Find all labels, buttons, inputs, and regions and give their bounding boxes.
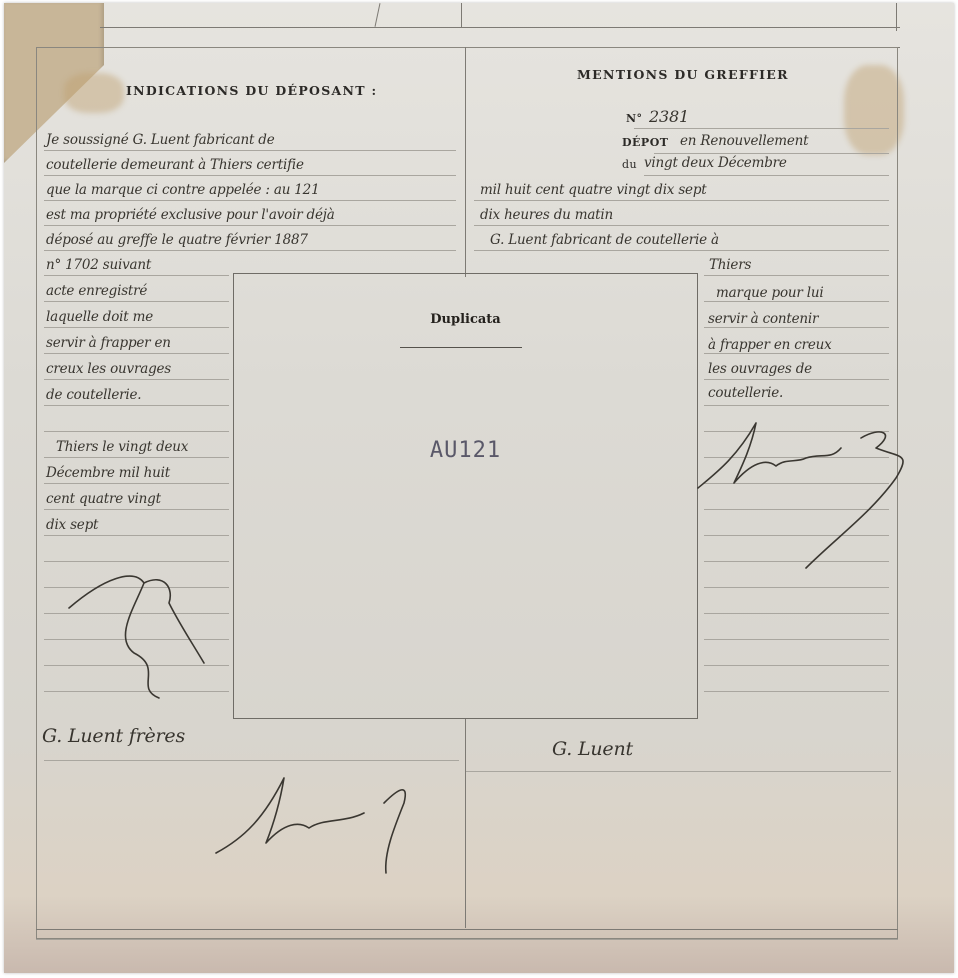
ruled-line [44,275,229,276]
ruled-line [44,150,456,151]
clerk-line: servir à contenir [708,311,818,327]
declaration-line: laquelle doit me [46,309,153,325]
pen-mark [375,3,381,27]
ruled-line [704,327,889,328]
clerk-line: dix heures du matin [480,207,613,223]
clerk-line: les ouvrages de [708,361,812,377]
date-value: vingt deux Décembre [644,155,787,171]
duplicata-underline [400,347,522,348]
declaration-line: Je soussigné G. Luent fabricant de [46,132,275,148]
ruled-line [466,771,891,772]
depot-value: en Renouvellement [680,133,808,149]
ruled-line [44,457,229,458]
clerk-line: Thiers [709,257,751,273]
ruled-line [704,353,889,354]
declaration-line: creux les ouvrages [46,361,171,377]
top-divider [461,3,462,27]
ruled-line [44,760,459,761]
duplicata-box: Duplicata AU121 [233,273,698,719]
bottom-rule [36,939,898,940]
declaration-line: de coutellerie. [46,387,141,403]
mark-stamp: AU121 [234,438,697,463]
declaration-line: déposé au greffe le quatre février 1887 [46,232,308,248]
ruled-line [704,275,889,276]
number-value: 2381 [649,107,689,126]
number-label: N° [626,112,643,125]
ruled-line [44,483,229,484]
clerk-line: G. Luent fabricant de coutellerie à [490,232,719,248]
declaration-line: est ma propriété exclusive pour l'avoir … [46,207,335,223]
bottom-rule [36,929,898,930]
ruled-line [704,405,889,406]
ruled-line [704,379,889,380]
declaration-line: coutellerie demeurant à Thiers certifie [46,157,304,173]
ruled-line [474,250,889,251]
clerk-line: à frapper en creux [708,337,832,353]
ruled-line [44,301,229,302]
ruled-line [704,691,889,692]
ruled-line [644,175,889,176]
ruled-line [704,587,889,588]
clerk-signature-right [696,418,916,578]
declaration-line: servir à frapper en [46,335,171,351]
clerk-header: MENTIONS DU GREFFIER [577,67,789,82]
clerk-line: mil huit cent quatre vingt dix sept [480,182,707,198]
ruled-line [704,613,889,614]
declaration-line: n° 1702 suivant [46,257,151,273]
ruled-line [44,200,456,201]
column-divider [465,47,466,277]
ruled-line [704,639,889,640]
ruled-line [634,128,889,129]
place-date-line: dix sept [46,517,98,533]
paraphe-mark [64,568,224,708]
place-date-line: Décembre mil huit [46,465,170,481]
depositor-signature-left: G. Luent frères [42,725,185,747]
depositor-signature-right: G. Luent [552,738,633,760]
place-date-line: Thiers le vingt deux [56,439,188,455]
document-sheet: INDICATIONS DU DÉPOSANT : MENTIONS DU GR… [4,3,954,973]
top-divider [896,3,897,31]
ruled-line [44,561,229,562]
ruled-line [44,535,229,536]
declaration-line: que la marque ci contre appelée : au 121 [46,182,319,198]
ruled-line [44,405,229,406]
depot-label: DÉPOT [622,136,668,149]
declaration-line: acte enregistré [46,283,147,299]
ruled-line [704,665,889,666]
clerk-line: coutellerie. [708,385,783,401]
ruled-line [654,153,889,154]
depositor-header: INDICATIONS DU DÉPOSANT : [126,83,377,98]
top-rule [100,27,900,28]
ruled-line [44,509,229,510]
ruled-line [44,250,456,251]
ruled-line [474,200,889,201]
date-label: du [622,158,637,171]
ruled-line [704,301,889,302]
place-date-line: cent quatre vingt [46,491,161,507]
ruled-line [44,379,229,380]
ruled-line [474,225,889,226]
clerk-line: marque pour lui [716,285,823,301]
column-divider [465,718,466,928]
ruled-line [44,353,229,354]
ruled-line [44,327,229,328]
clerk-signature-left [214,773,434,883]
ruled-line [44,225,456,226]
duplicata-title: Duplicata [234,312,697,327]
ruled-line [44,431,229,432]
ruled-line [44,175,456,176]
